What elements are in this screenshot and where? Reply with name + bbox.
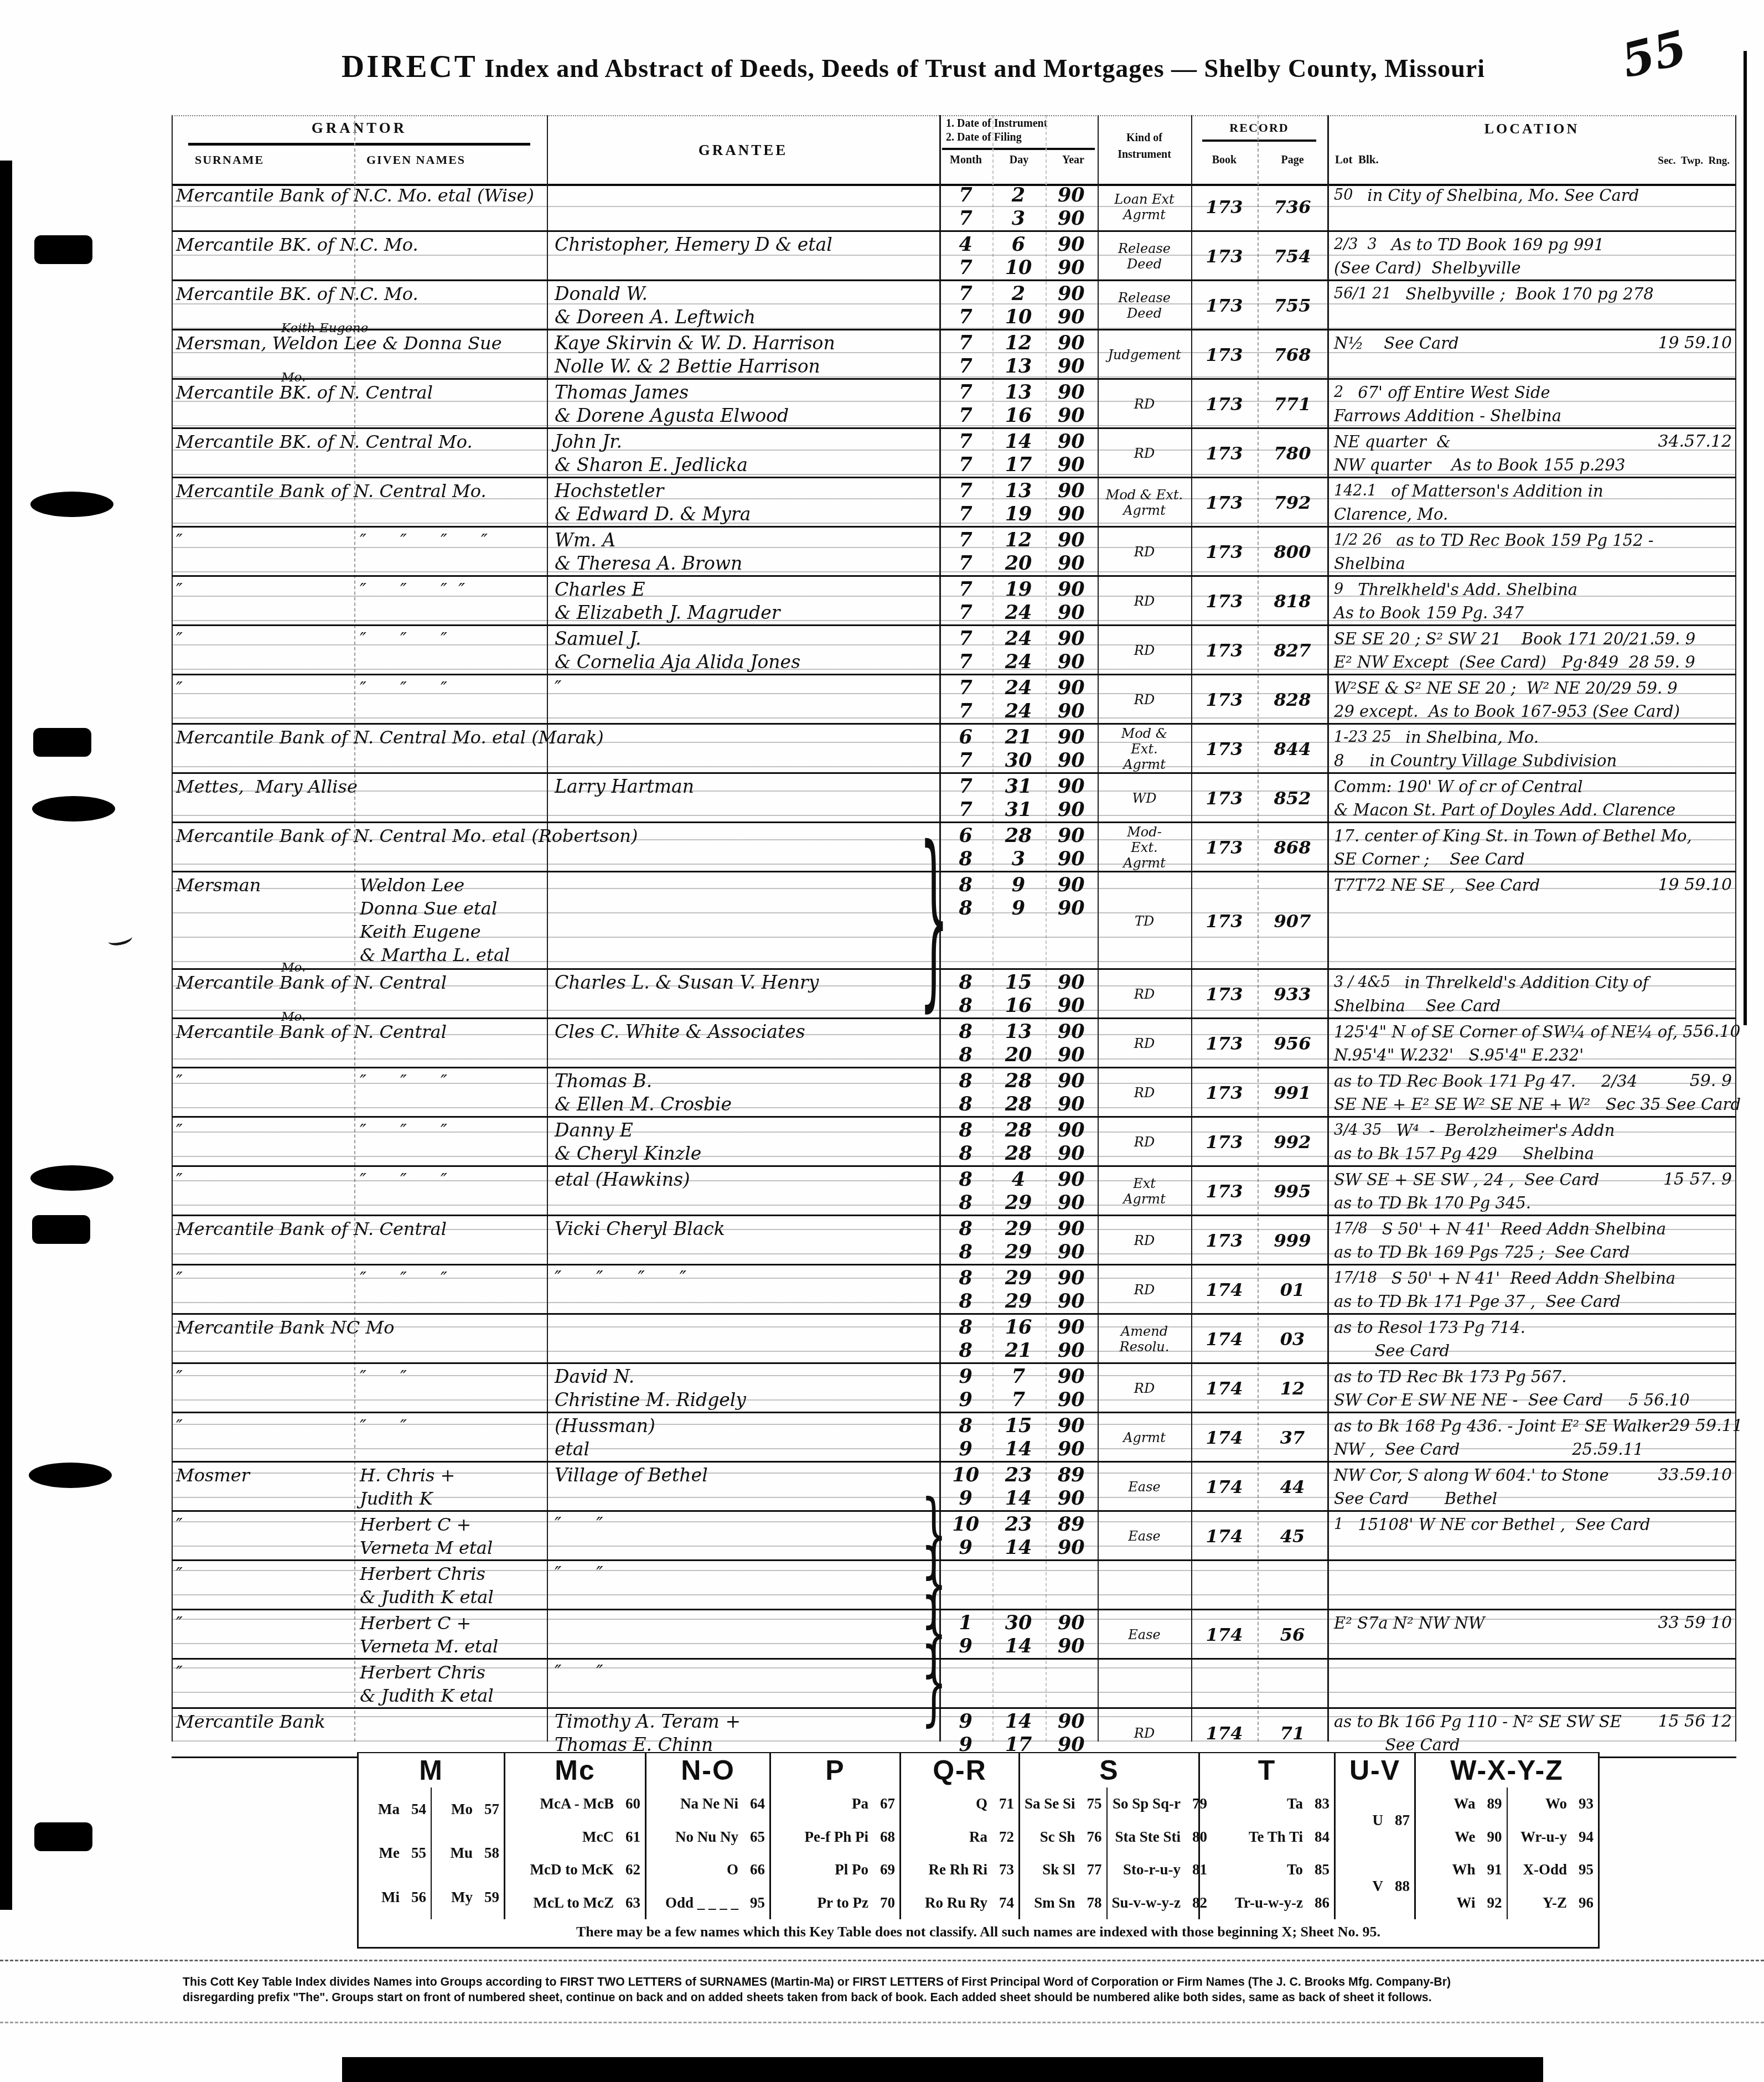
date-part: 21: [992, 726, 1044, 749]
date-part: 14: [992, 1635, 1044, 1658]
grantor-surname: ″: [172, 1167, 354, 1215]
lot-blk: 2/3 3: [1334, 233, 1377, 256]
ledger-entries: Mercantile Bank of N.C. Mo. etal (Wise)7…: [172, 183, 1736, 1758]
grantor-surname: Mercantile Bank of N. Central: [172, 1216, 354, 1264]
date-part: 90: [1045, 1241, 1098, 1264]
kind-of-instrument: Mod &Ext.Agrmt: [1098, 725, 1191, 772]
location-text: NE quarter &: [1334, 430, 1451, 453]
key-cell-label: Ra: [969, 1828, 987, 1846]
location: 2/3 3As to TD Book 169 pg 991(See Card) …: [1327, 232, 1736, 280]
punch-hole-mark: [29, 1463, 112, 1488]
date-part: 8: [939, 1043, 992, 1067]
date-of-filing: 8390: [939, 848, 1098, 871]
date-part: 14: [992, 1710, 1044, 1733]
location: 17/8S 50' + N 41' Reed Addn Shelbinaas t…: [1327, 1216, 1736, 1264]
record-page: 771: [1258, 380, 1327, 427]
date-part: 90: [1045, 1635, 1098, 1658]
sec-twp-rng: 19 59.10: [1658, 332, 1732, 355]
date-part: 23: [992, 1464, 1044, 1487]
date-of-filing: 91490: [939, 1536, 1098, 1559]
key-cell-label: To: [1287, 1861, 1303, 1878]
ledger-entry: Mercantile Bank of N. Central Mo. etal (…: [172, 823, 1736, 872]
kind-of-instrument: RD: [1098, 429, 1191, 477]
date-part: 7: [939, 627, 992, 650]
key-cell: Sc Sh76: [1020, 1828, 1106, 1846]
key-cell-sheet-number: 76: [1082, 1828, 1102, 1846]
record-page-value: 852: [1274, 787, 1311, 810]
date-of-instrument: 13090: [939, 1611, 1098, 1635]
kind-of-instrument: RD: [1098, 1216, 1191, 1264]
grantee-text: Samuel J.: [547, 627, 939, 650]
key-column-header: Mc: [505, 1753, 645, 1787]
location: as to Bk 168 Pg 436. - Joint E² SE Walke…: [1327, 1413, 1736, 1461]
key-column: SSa Se Si75Sc Sh76Sk Sl77Sm Sn78So Sp Sq…: [1020, 1753, 1200, 1919]
scan-bottom-bar: [342, 2057, 1543, 2082]
kind-text: Deed: [1098, 256, 1191, 272]
date-part: 7: [939, 332, 992, 355]
ledger-entry: Mercantile Bank of N. Central Mo. etal (…: [172, 725, 1736, 774]
date-part: 14: [992, 1487, 1044, 1510]
grantor-surname: Mercantile BK. of N.C. Mo.: [172, 232, 354, 280]
key-subcolumn: Na Ne Ni64No Nu Ny65O66Odd _ _ _ _95: [646, 1787, 769, 1919]
date-part: 89: [1045, 1513, 1098, 1536]
location-line: See Card Bethel: [1327, 1487, 1736, 1510]
date-part: 90: [1045, 1119, 1098, 1142]
date-part: 90: [1045, 1316, 1098, 1339]
lot-blk: 17/18: [1334, 1267, 1377, 1290]
key-cell: Pl Po69: [771, 1861, 899, 1878]
location-line: 115108' W NE cor Bethel , See Card: [1327, 1513, 1736, 1536]
record-book-value: 173: [1206, 983, 1243, 1006]
kind-text: RD: [1098, 643, 1191, 658]
location: N½ See Card19 59.10: [1327, 330, 1736, 378]
record-page-value: 818: [1274, 590, 1311, 613]
kind-of-instrument: [1098, 1561, 1191, 1609]
kind-of-instrument: RD: [1098, 380, 1191, 427]
key-column-body: Na Ne Ni64No Nu Ny65O66Odd _ _ _ _95: [646, 1787, 769, 1919]
key-column-header: U-V: [1336, 1753, 1414, 1787]
record-book: 173: [1191, 774, 1258, 822]
grantor-given-text: ″ ″ ″: [354, 676, 547, 700]
grantor-given-names: [354, 380, 547, 427]
kind-of-instrument: ReleaseDeed: [1098, 232, 1191, 280]
date-part: 90: [1045, 404, 1098, 427]
grantor-surname-text: Mettes, Mary Allise: [172, 775, 354, 798]
date-part: 90: [1045, 726, 1098, 749]
key-subcolumn: Q71Ra72Re Rh Ri73Ro Ru Ry74: [901, 1787, 1018, 1919]
grantor-surname: Mersman: [172, 872, 354, 968]
date-of-filing: 7390: [939, 207, 1098, 230]
grantee: (Hussman)etal: [547, 1413, 939, 1461]
key-cell-sheet-number: 74: [994, 1894, 1014, 1911]
date-part: 90: [1045, 1365, 1098, 1388]
date-part: 7: [939, 700, 992, 723]
stray-ink-mark: [107, 931, 133, 948]
date-part: 8: [939, 1093, 992, 1116]
kind-of-instrument: Agrmt: [1098, 1413, 1191, 1461]
date-part: 20: [992, 1043, 1044, 1067]
date-part: 21: [992, 1339, 1044, 1362]
date-part: 14: [992, 430, 1044, 453]
location-line: 3 / 4&5in Threlkeld's Addition City of: [1327, 971, 1736, 994]
record-book-value: 173: [1206, 392, 1243, 416]
ledger-entry: Keith EugeneMersman, Weldon Lee & Donna …: [172, 330, 1736, 380]
ledger-entry: ″″ ″ ″ ″Charles E& Elizabeth J. Magruder…: [172, 577, 1736, 626]
record-book-value: 173: [1206, 343, 1243, 366]
grantor-given-text: Herbert C +: [354, 1611, 547, 1635]
grantee: Christopher, Hemery D & etal: [547, 232, 939, 280]
record-page-value: 999: [1274, 1229, 1311, 1252]
grantor-given-text: Judith K: [354, 1487, 547, 1510]
date-cell: 8139082090: [939, 1019, 1098, 1067]
kind-of-instrument: RD: [1098, 1265, 1191, 1313]
record-page-value: 827: [1274, 639, 1311, 662]
grantee: Kaye Skirvin & W. D. HarrisonNolle W. & …: [547, 330, 939, 378]
location-text: as to TD Rec Book 159 Pg 152 -: [1396, 529, 1653, 552]
kind-text: RD: [1098, 544, 1191, 560]
record-book: 173: [1191, 1167, 1258, 1215]
ledger-entry: Mercantile BK. of N.C. Mo.Christopher, H…: [172, 232, 1736, 281]
date-cell: 7149071790: [939, 429, 1098, 477]
grantor-given-names: [354, 823, 547, 871]
sec-twp-rng: 59. 9: [1690, 1070, 1732, 1093]
grantor-surname: Mercantile Bank of N. Central Mo.: [172, 478, 354, 526]
location: 9Threlkheld's Add. ShelbinaAs to Book 15…: [1327, 577, 1736, 624]
key-cell-label: Ma: [378, 1801, 400, 1818]
key-cell-sheet-number: 60: [620, 1795, 640, 1812]
location: 3 / 4&5in Threlkeld's Addition City ofSh…: [1327, 970, 1736, 1017]
key-column-body: Sa Se Si75Sc Sh76Sk Sl77Sm Sn78So Sp Sq-…: [1020, 1787, 1198, 1919]
location: E² S7a N² NW NW33 59 10: [1327, 1610, 1736, 1658]
record-page-value: 828: [1274, 688, 1311, 711]
record-page: 01: [1258, 1265, 1327, 1313]
record-page-value: 754: [1274, 245, 1311, 268]
location-text: 29 except. As to Book 167-953 (See Card): [1334, 700, 1680, 723]
scanned-ledger-page: DIRECT Index and Abstract of Deeds, Deed…: [0, 0, 1764, 2082]
location-text: Farrows Addition - Shelbina: [1334, 404, 1561, 427]
record-book: 173: [1191, 872, 1258, 968]
date-part: 7: [939, 256, 992, 280]
kind-text: Ext: [1098, 1176, 1191, 1191]
grantor-given-names: Weldon LeeDonna Sue etalKeith Eugene& Ma…: [354, 872, 547, 968]
key-cell-label: McA - McB: [540, 1795, 614, 1812]
kind-of-instrument: RD: [1098, 1068, 1191, 1116]
grantor-surname: ″: [172, 577, 354, 624]
date-of-instrument: 9790: [939, 1365, 1098, 1388]
lot-blk: 3/4 35: [1334, 1119, 1382, 1142]
date-cell: 8159091490: [939, 1413, 1098, 1461]
divider-line: [0, 1960, 1764, 1961]
grantor-surname: ″: [172, 1265, 354, 1313]
key-cell-sheet-number: 56: [406, 1889, 426, 1906]
grantee-text: Charles E: [547, 578, 939, 601]
date-part: 90: [1045, 332, 1098, 355]
location: NE quarter &34.57.12NW quarter As to Boo…: [1327, 429, 1736, 477]
record-book-value: 173: [1206, 540, 1243, 564]
record-book: 173: [1191, 330, 1258, 378]
sec-twp-rng: 15 56 12: [1658, 1710, 1732, 1733]
date-part: 31: [992, 798, 1044, 822]
date-part: 90: [1045, 749, 1098, 772]
date-part: 13: [992, 355, 1044, 378]
key-column-body: Ta83Te Th Ti84To85Tr-u-w-y-z86: [1200, 1787, 1334, 1919]
date-part: 7: [939, 355, 992, 378]
grantor-surname: Mo.Mercantile BK. of N. Central: [172, 380, 354, 427]
date-of-filing: 82190: [939, 1339, 1098, 1362]
record-book: 173: [1191, 725, 1258, 772]
date-cell: 849082990: [939, 1167, 1098, 1215]
location-line: NW Cor, S along W 604.' to Stone33.59.10: [1327, 1464, 1736, 1487]
key-subcolumn: Mo57Mu58My59: [432, 1787, 504, 1919]
key-cell-label: McL to McZ: [534, 1894, 614, 1911]
date-part: 8: [939, 1267, 992, 1290]
date-of-instrument: 82990: [939, 1217, 1098, 1241]
record-page: [1258, 1561, 1327, 1609]
kind-text: Mod & Ext.: [1098, 487, 1191, 503]
key-column-body: Ma54Me55Mi56Mo57Mu58My59: [359, 1787, 504, 1919]
key-cell-label: My: [451, 1889, 473, 1906]
date-part: 28: [992, 1142, 1044, 1165]
location-line: SW Cor E SW NE NE - See Card 5 56.10: [1327, 1388, 1736, 1412]
ledger-entry: ″Herbert Chris& Judith K etal″ ″}: [172, 1561, 1736, 1610]
header-kind: Kind of: [1098, 132, 1191, 144]
record-book: 174: [1191, 1610, 1258, 1658]
grantor-surname-text: Mercantile BK. of N. Central Mo.: [172, 430, 354, 453]
grantor-given-text: & Martha L. etal: [354, 943, 547, 967]
grantor-surname-text: Mersman: [172, 874, 354, 897]
date-part: 13: [992, 479, 1044, 503]
date-of-filing: 71090: [939, 256, 1098, 280]
date-of-instrument: 62190: [939, 726, 1098, 749]
grantee: Charles E& Elizabeth J. Magruder: [547, 577, 939, 624]
grantor-surname-text: ″: [172, 1513, 354, 1536]
key-cell: Ra72: [901, 1828, 1018, 1846]
date-part: 7: [939, 578, 992, 601]
date-part: 24: [992, 601, 1044, 624]
record-book: 173: [1191, 1019, 1258, 1067]
kind-of-instrument: RD: [1098, 1118, 1191, 1165]
date-part: 90: [1045, 430, 1098, 453]
date-of-filing: 73090: [939, 749, 1098, 772]
date-part: 30: [992, 1611, 1044, 1635]
grantor-surname-text: ″: [172, 1661, 354, 1684]
grantee-text: Nolle W. & 2 Bettie Harrison: [547, 355, 939, 378]
grantor-given-names: [354, 1315, 547, 1362]
key-cell-label: McC: [582, 1828, 614, 1846]
kind-text: Agrmt: [1098, 757, 1191, 772]
location-line: 9Threlkheld's Add. Shelbina: [1327, 578, 1736, 601]
date-part: 90: [1045, 1093, 1098, 1116]
record-page-value: 991: [1274, 1081, 1311, 1104]
key-cell-label: We: [1455, 1828, 1476, 1846]
location-text: as to Bk 157 Pg 429 Shelbina: [1334, 1142, 1594, 1165]
key-subcolumn: Sa Se Si75Sc Sh76Sk Sl77Sm Sn78: [1020, 1787, 1108, 1919]
record-page-value: 736: [1274, 195, 1311, 219]
footnote-line-2: disregarding prefix "The". Groups start …: [183, 1990, 1680, 2005]
date-part: 8: [939, 1316, 992, 1339]
sec-twp-rng: 33 59 10: [1658, 1611, 1732, 1635]
record-page: 768: [1258, 330, 1327, 378]
kind-text: Ext.: [1098, 741, 1191, 757]
key-cell-sheet-number: 54: [406, 1801, 426, 1818]
key-cell-sheet-number: 95: [1574, 1861, 1594, 1878]
date-part: 12: [992, 332, 1044, 355]
key-cell-sheet-number: 93: [1574, 1795, 1594, 1812]
date-part: 9: [939, 1365, 992, 1388]
date-part: 17: [992, 453, 1044, 477]
key-cell-label: Re Rh Ri: [929, 1861, 988, 1878]
date-of-instrument: 73190: [939, 775, 1098, 798]
location-line: 56/1 21Shelbyville ; Book 170 pg 278: [1327, 282, 1736, 306]
key-cell-sheet-number: 83: [1310, 1795, 1330, 1812]
grantee-text: Hochstetler: [547, 479, 939, 503]
date-cell: 8299082990: [939, 1265, 1098, 1313]
key-cell-label: Sm Sn: [1034, 1894, 1075, 1911]
date-part: 90: [1045, 627, 1098, 650]
location-text: S 50' + N 41' Reed Addn Shelbina: [1382, 1217, 1666, 1241]
location-line: & Macon St. Part of Doyles Add. Clarence: [1327, 798, 1736, 822]
key-cell-label: O: [727, 1861, 738, 1878]
grantee-text: Christopher, Hemery D & etal: [547, 233, 939, 256]
key-cell-sheet-number: 87: [1390, 1812, 1410, 1829]
grantor-given-names: [354, 232, 547, 280]
record-page: 754: [1258, 232, 1327, 280]
date-part: 90: [1045, 874, 1098, 897]
date-part: 90: [1045, 601, 1098, 624]
grantee-text: Donald W.: [547, 282, 939, 306]
date-of-instrument: 71290: [939, 529, 1098, 552]
location-text: As to TD Book 169 pg 991: [1391, 233, 1604, 256]
grantor-surname: ″: [172, 528, 354, 575]
date-part: 90: [1045, 1388, 1098, 1412]
date-cell: }10238991490: [939, 1512, 1098, 1559]
key-column: PPa67Pe-f Ph Pi68Pl Po69Pr to Pz70: [771, 1753, 901, 1919]
record-book-value: 174: [1206, 1426, 1243, 1449]
date-part: 90: [1045, 552, 1098, 575]
date-of-instrument: 81590: [939, 971, 1098, 994]
location-text: See Card Bethel: [1334, 1487, 1497, 1510]
key-cell-label: Ro Ru Ry: [925, 1894, 987, 1911]
date-part: 3: [992, 207, 1044, 230]
ledger-entry: Mettes, Mary AlliseLarry Hartman73190731…: [172, 774, 1736, 823]
punch-hole-mark: [32, 796, 115, 822]
grantor-given-text: ″ ″ ″: [354, 627, 547, 650]
grantor-given-text: Herbert Chris: [354, 1661, 547, 1684]
grantor-given-text: Verneta M. etal: [354, 1635, 547, 1658]
location-text: Clarence, Mo.: [1334, 503, 1448, 526]
record-book: 174: [1191, 1709, 1258, 1756]
grantor-surname-text: Mercantile Bank: [172, 1710, 354, 1733]
kind-of-instrument: TD: [1098, 872, 1191, 968]
ledger-entry: ″″ ″ ″″ ″ ″ ″8299082990RD1740117/18S 50'…: [172, 1265, 1736, 1315]
date-of-instrument: 7290: [939, 184, 1098, 207]
location-line: as to Bk 166 Pg 110 - N² SE SW SE15 56 1…: [1327, 1710, 1736, 1733]
location-text: & Macon St. Part of Doyles Add. Clarence: [1334, 798, 1675, 822]
ledger-entry: Mercantile Bank of N. Central Mo.Hochste…: [172, 478, 1736, 528]
key-cell: McD to McK62: [505, 1861, 645, 1878]
ledger-entry: Mo.Mercantile Bank of N. CentralCles C. …: [172, 1019, 1736, 1068]
date-part: 29: [992, 1267, 1044, 1290]
grantee: Larry Hartman: [547, 774, 939, 822]
ledger-entry: ″″ ″ ″Thomas B.& Ellen M. Crosbie8289082…: [172, 1068, 1736, 1118]
date-part: 90: [1045, 1267, 1098, 1290]
grantor-surname: ″: [172, 626, 354, 674]
record-page: 999: [1258, 1216, 1327, 1264]
footnote-line-1: This Cott Key Table Index divides Names …: [183, 1974, 1680, 1990]
key-cell: Na Ne Ni64: [646, 1795, 769, 1812]
date-of-filing: 82090: [939, 1043, 1098, 1067]
date-of-instrument: 71290: [939, 332, 1098, 355]
location-line: SE SE 20 ; S² SW 21 Book 171 20/21.59. 9: [1327, 627, 1736, 650]
location: SW SE + SE SW , 24 , See Card15 57. 9as …: [1327, 1167, 1736, 1215]
key-table-note: There may be a few names which this Key …: [359, 1919, 1598, 1947]
grantor-surname: Mercantile Bank NC Mo: [172, 1315, 354, 1362]
grantee-text: ″ ″ ″ ″: [547, 1267, 939, 1290]
date-part: 29: [992, 1217, 1044, 1241]
kind-of-instrument: RD: [1098, 626, 1191, 674]
record-book-value: 174: [1206, 1722, 1243, 1745]
location: [1327, 1660, 1736, 1707]
key-cell: Odd _ _ _ _95: [646, 1894, 769, 1911]
key-cell: Mo57: [432, 1801, 504, 1818]
location-text: as to Bk 166 Pg 110 - N² SE SW SE: [1334, 1710, 1622, 1733]
location: as to Resol 173 Pg 714. See Card: [1327, 1315, 1736, 1362]
key-cell-label: Mo: [451, 1801, 473, 1818]
grantor-surname: Mercantile Bank: [172, 1709, 354, 1756]
key-cell-sheet-number: 85: [1310, 1861, 1330, 1878]
grantee-text: Danny E: [547, 1119, 939, 1142]
date-part: 90: [1045, 650, 1098, 674]
date-part: 14: [992, 1536, 1044, 1559]
grantor-given-text: Herbert C +: [354, 1513, 547, 1536]
kind-of-instrument: WD: [1098, 774, 1191, 822]
grantor-surname-text: Mercantile Bank of N. Central: [172, 1217, 354, 1241]
kind-text: Ease: [1098, 1627, 1191, 1642]
date-part: 7: [939, 453, 992, 477]
date-cell: }1309091490: [939, 1610, 1098, 1658]
title-rest: Index and Abstract of Deeds, Deeds of Tr…: [478, 54, 1485, 82]
grantee-text: Vicki Cheryl Black: [547, 1217, 939, 1241]
location-line: 3/4 35W⁴ - Berolzheimer's Addn: [1327, 1119, 1736, 1142]
grantor-given-names: ″ ″: [354, 1364, 547, 1412]
grantee: [547, 1315, 939, 1362]
date-part: 7: [939, 430, 992, 453]
key-column-header: N-O: [646, 1753, 769, 1787]
date-of-instrument: 71390: [939, 381, 1098, 404]
date-cell: 729071090: [939, 281, 1098, 329]
kind-text: WD: [1098, 791, 1191, 806]
key-cell-sheet-number: 58: [479, 1845, 499, 1862]
key-cell: My59: [432, 1889, 504, 1906]
grantor-given-names: Herbert Chris& Judith K etal: [354, 1561, 547, 1609]
record-book-value: 173: [1206, 245, 1243, 268]
date-of-instrument: 4690: [939, 233, 1098, 256]
date-part: 8: [939, 1142, 992, 1165]
key-cell-label: Pa: [852, 1795, 868, 1812]
grantor-superscript: Keith Eugene: [281, 322, 368, 335]
date-cell: 97909790: [939, 1364, 1098, 1412]
key-cell: Ta83: [1200, 1795, 1334, 1812]
date-part: 15: [992, 1414, 1044, 1438]
date-part: 7: [939, 775, 992, 798]
date-of-filing: 82990: [939, 1241, 1098, 1264]
key-column-body: U87V88: [1336, 1787, 1414, 1919]
grantor-surname-text: ″: [172, 1070, 354, 1093]
key-cell-sheet-number: 70: [875, 1894, 895, 1911]
date-part: 13: [992, 381, 1044, 404]
record-page-value: 956: [1274, 1032, 1311, 1055]
grantor-given-text: & Judith K etal: [354, 1684, 547, 1707]
